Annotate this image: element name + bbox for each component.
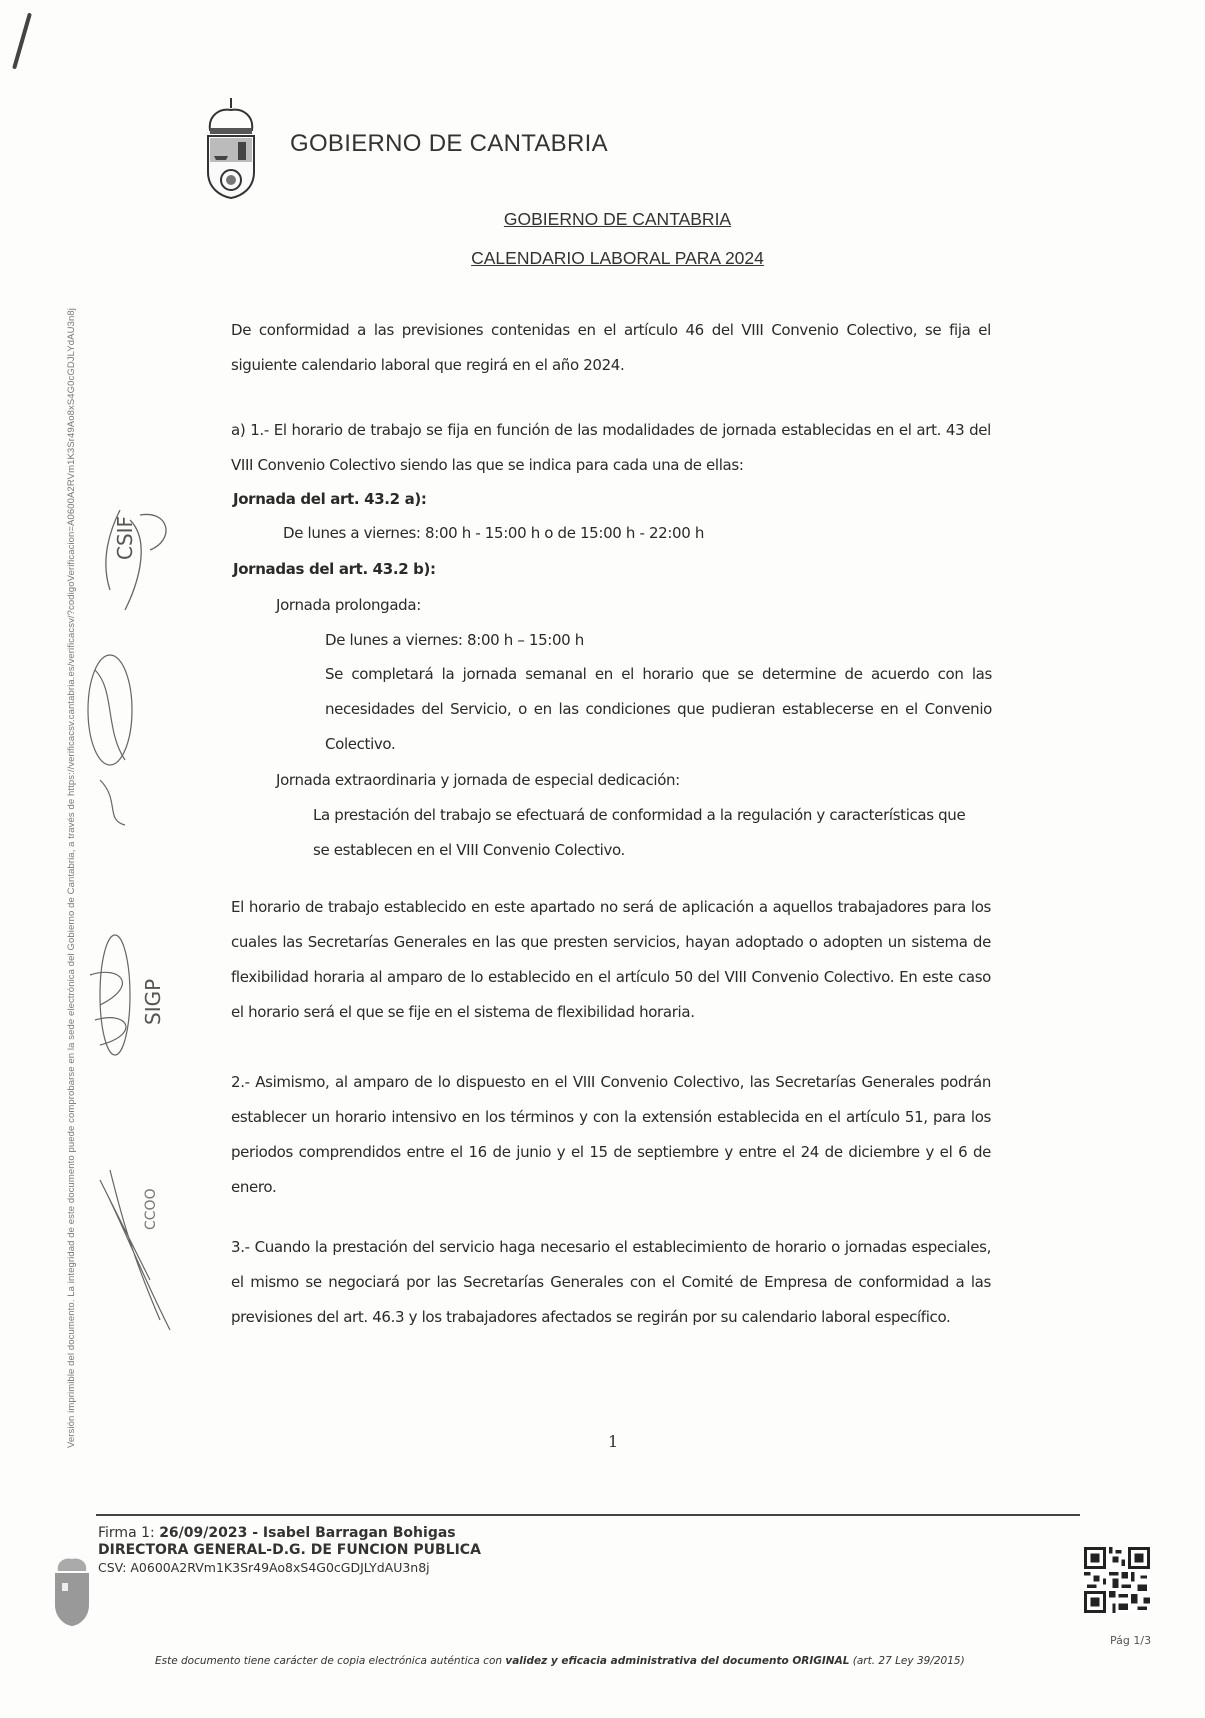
legal-note-bold: validez y eficacia administrativa del do… — [505, 1655, 849, 1667]
section-a1-text: a) 1.- El horario de trabajo se fija en … — [231, 413, 991, 483]
signature-label: Firma 1: — [98, 1525, 159, 1541]
page-number: 1 — [608, 1432, 618, 1451]
page-count: Pág 1/3 — [1110, 1634, 1151, 1647]
qr-code-icon[interactable] — [1084, 1547, 1150, 1613]
extraordinaria-note-text: La prestación del trabajo se efectuará d… — [313, 798, 973, 868]
flexibility-text: El horario de trabajo establecido en est… — [231, 890, 991, 1030]
pen-mark — [12, 13, 32, 70]
coat-of-arms-small-icon — [52, 1555, 92, 1627]
intro-text: De conformidad a las previsiones conteni… — [231, 313, 991, 383]
section-2-text: 2.- Asimismo, al amparo de lo dispuesto … — [231, 1065, 991, 1205]
jornada-a-schedule: De lunes a viernes: 8:00 h - 15:00 h o d… — [283, 516, 704, 551]
legal-authenticity-note: Este documento tiene carácter de copia e… — [155, 1655, 965, 1667]
coat-of-arms-icon — [204, 96, 258, 200]
signer-position: DIRECTORA GENERAL-D.G. DE FUNCION PUBLIC… — [98, 1542, 481, 1559]
prolongada-note: Se completará la jornada semanal en el h… — [325, 657, 992, 762]
section-2: 2.- Asimismo, al amparo de lo dispuesto … — [231, 1065, 991, 1205]
prolongada-heading: Jornada prolongada: — [276, 588, 421, 623]
section-3-text: 3.- Cuando la prestación del servicio ha… — [231, 1230, 991, 1335]
verification-margin-note: Versión imprimible del documento. La int… — [66, 308, 77, 1448]
electronic-signature-block: Firma 1: 26/09/2023 - Isabel Barragan Bo… — [98, 1525, 481, 1576]
section-a1: a) 1.- El horario de trabajo se fija en … — [231, 413, 991, 483]
prolongada-note-text: Se completará la jornada semanal en el h… — [325, 657, 992, 762]
svg-text:CSIF: CSIF — [113, 516, 137, 560]
signature-date-name: 26/09/2023 - Isabel Barragan Bohigas — [159, 1525, 455, 1541]
svg-text:CCOO: CCOO — [143, 1188, 159, 1230]
signature-line: Firma 1: 26/09/2023 - Isabel Barragan Bo… — [98, 1525, 481, 1542]
document-title-org: GOBIERNO DE CANTABRIA — [0, 209, 1205, 230]
intro-paragraph: De conformidad a las previsiones conteni… — [231, 313, 991, 383]
jornada-a-heading: Jornada del art. 43.2 a): — [233, 482, 427, 517]
csv-code: CSV: A0600A2RVm1K3Sr49Ao8xS4G0cGDJLYdAU3… — [98, 1559, 481, 1576]
document-title: CALENDARIO LABORAL PARA 2024 — [0, 248, 1205, 269]
extraordinaria-note: La prestación del trabajo se efectuará d… — [313, 798, 973, 868]
flexibility-paragraph: El horario de trabajo establecido en est… — [231, 890, 991, 1030]
jornadas-b-heading: Jornadas del art. 43.2 b): — [233, 552, 436, 587]
svg-text:SIGP: SIGP — [141, 979, 165, 1025]
footer-divider — [96, 1514, 1080, 1516]
org-name-header: GOBIERNO DE CANTABRIA — [290, 130, 608, 158]
signature-icon: SIGP — [80, 925, 180, 1065]
signature-icon: CCOO — [90, 1150, 190, 1350]
legal-note-prefix: Este documento tiene carácter de copia e… — [155, 1655, 505, 1667]
section-3: 3.- Cuando la prestación del servicio ha… — [231, 1230, 991, 1335]
prolongada-schedule: De lunes a viernes: 8:00 h – 15:00 h — [325, 623, 584, 658]
signature-icon: CSIF — [80, 500, 180, 620]
legal-note-suffix: (art. 27 Ley 39/2015) — [849, 1655, 964, 1667]
extraordinaria-heading: Jornada extraordinaria y jornada de espe… — [276, 763, 680, 798]
signature-icon — [75, 630, 145, 830]
